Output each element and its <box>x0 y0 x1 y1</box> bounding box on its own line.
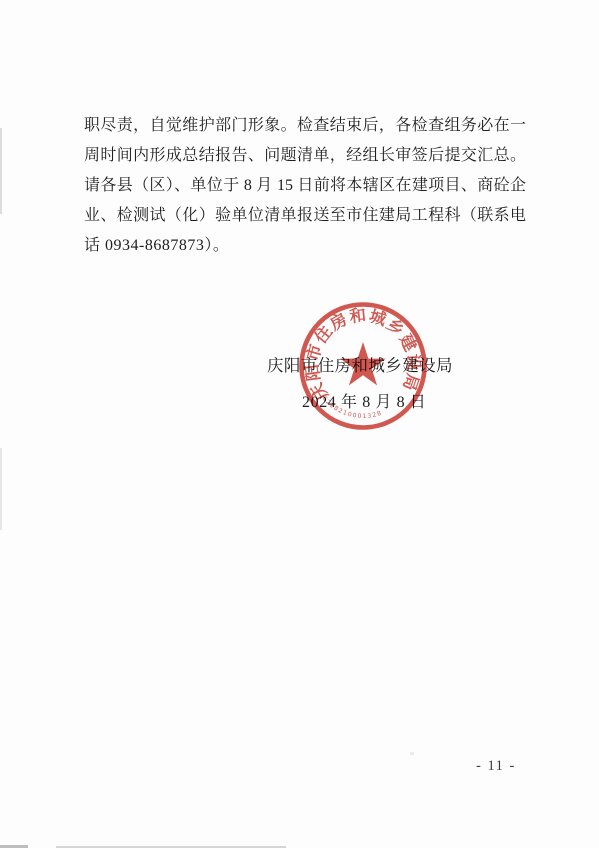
body-text-line: 业、检测试（化）验单位清单报送至市住建局工程科（联系电 <box>84 201 526 231</box>
scan-artifact <box>0 128 2 214</box>
official-seal: 庆阳市住房和城乡建设局 6228210001328 <box>293 296 433 436</box>
body-text-line: 职尽责，自觉维护部门形象。检查结束后，各检查组务必在一 <box>84 111 526 141</box>
body-text-line: 周时间内形成总结报告、问题清单，经组长审签后提交汇总。 <box>84 141 526 171</box>
page-number: - 11 - <box>476 758 516 775</box>
document-page: 职尽责，自觉维护部门形象。检查结束后，各检查组务必在一 周时间内形成总结报告、问… <box>0 0 599 848</box>
body-text: 职尽责，自觉维护部门形象。检查结束后，各检查组务必在一 周时间内形成总结报告、问… <box>84 111 526 261</box>
star-icon <box>340 342 386 385</box>
body-text-line: 请各县（区）、单位于 8 月 15 日前将本辖区在建项目、商砼企 <box>84 171 526 201</box>
scan-artifact <box>410 752 414 755</box>
body-text-line: 话 0934-8687873）。 <box>84 231 526 261</box>
scan-artifact <box>0 448 2 530</box>
